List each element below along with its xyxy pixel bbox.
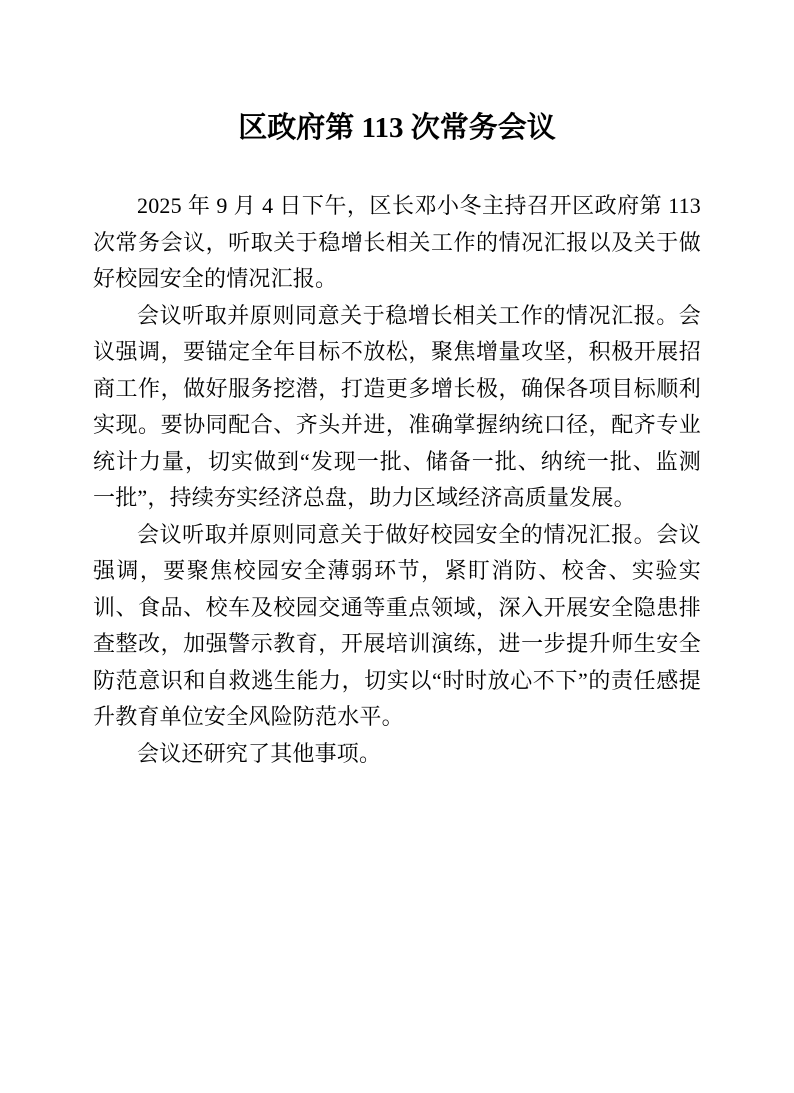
document-body: 2025 年 9 月 4 日下午，区长邓小冬主持召开区政府第 113 次常务会议… <box>93 188 701 772</box>
paragraph-stable-growth: 会议听取并原则同意关于稳增长相关工作的情况汇报。会议强调，要锚定全年目标不放松，… <box>93 298 701 517</box>
document-page: 区政府第 113 次常务会议 2025 年 9 月 4 日下午，区长邓小冬主持召… <box>0 0 794 1093</box>
paragraph-campus-safety: 会议听取并原则同意关于做好校园安全的情况汇报。会议强调，要聚焦校园安全薄弱环节，… <box>93 517 701 736</box>
paragraph-meeting-intro: 2025 年 9 月 4 日下午，区长邓小冬主持召开区政府第 113 次常务会议… <box>93 188 701 298</box>
document-title: 区政府第 113 次常务会议 <box>93 108 701 148</box>
paragraph-other-matters: 会议还研究了其他事项。 <box>93 736 701 773</box>
